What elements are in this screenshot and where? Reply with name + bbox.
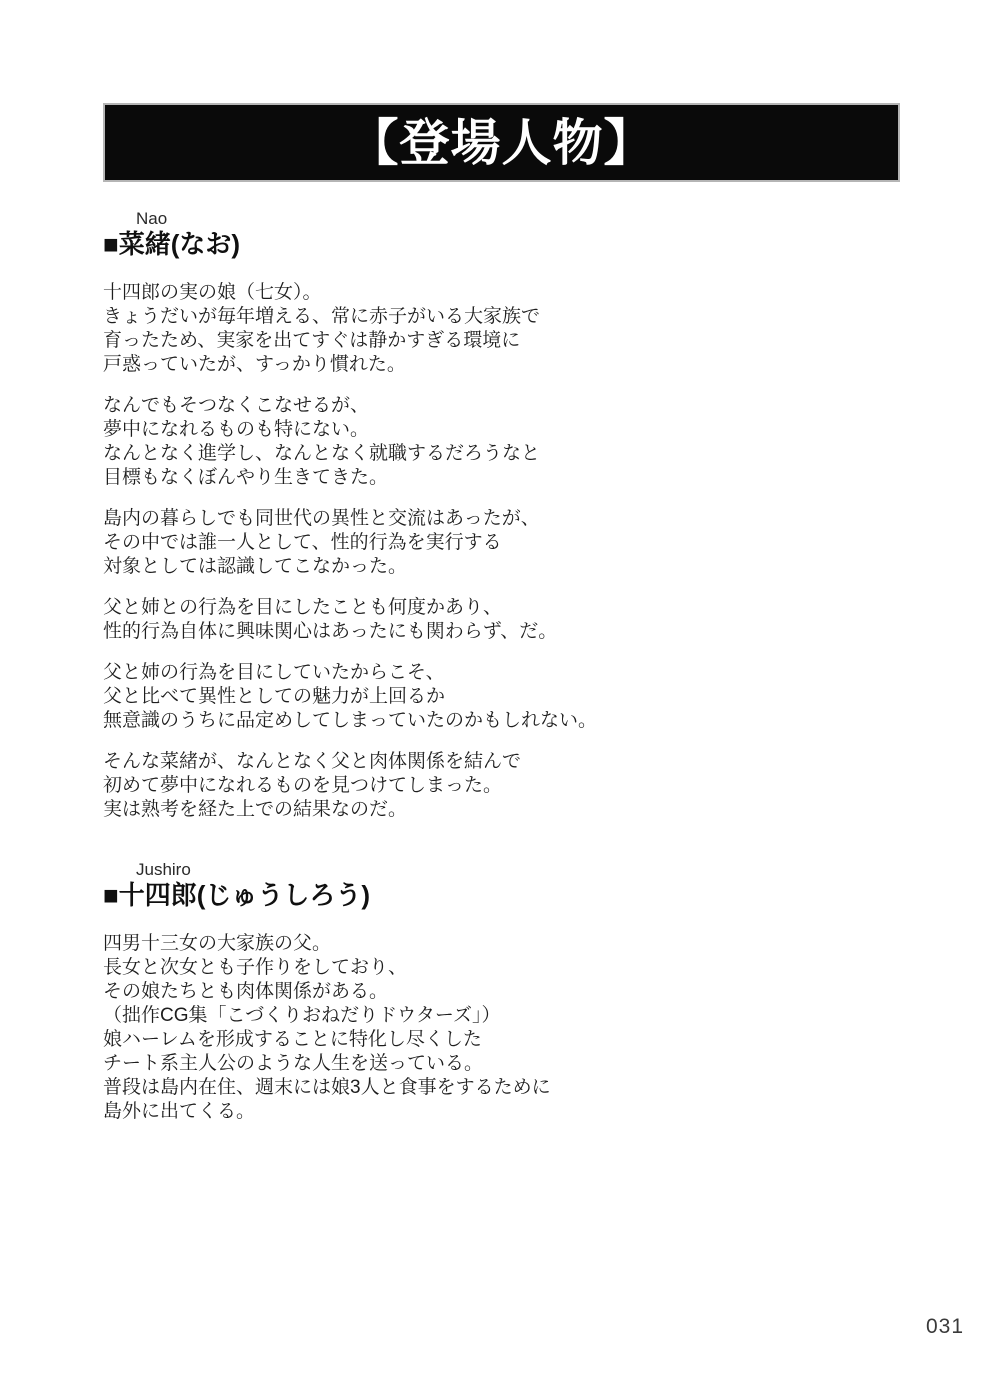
character-name-nao: ■菜緒(なお) [103,228,803,260]
nao-description-paragraph-6: そんな菜緒が、なんとなく父と肉体関係を結んで 初めて夢中になれるものを見つけてし… [103,750,803,822]
characters-banner: 【登場人物】 [103,103,900,182]
character-romaji-nao: Nao [136,210,803,228]
banner-title: 【登場人物】 [349,118,655,168]
nao-description-paragraph-3: 島内の暮らしでも同世代の異性と交流はあったが、 その中では誰一人として、性的行為… [103,507,803,579]
nao-description-paragraph-4: 父と姉との行為を目にしたことも何度かあり、 性的行為自体に興味関心はあったにも関… [103,596,803,644]
jushiro-description-paragraph-1: 四男十三女の大家族の父。 長女と次女とも子作りをしており、 その娘たちとも肉体関… [103,932,803,1124]
character-name-jushiro: ■十四郎(じゅうしろう) [103,879,803,911]
character-section-nao: Nao ■菜緒(なお) 十四郎の実の娘（七女）。 きょうだいが毎年増える、常に赤… [103,210,803,822]
nao-description-paragraph-2: なんでもそつなくこなせるが、 夢中になれるものも特にない。 なんとなく進学し、な… [103,394,803,490]
character-section-jushiro: Jushiro ■十四郎(じゅうしろう) 四男十三女の大家族の父。 長女と次女と… [103,861,803,1124]
nao-description-paragraph-5: 父と姉の行為を目にしていたからこそ、 父と比べて異性としての魅力が上回るか 無意… [103,661,803,733]
page-number: 031 [926,1315,964,1339]
character-romaji-jushiro: Jushiro [136,861,803,879]
document-page: 【登場人物】 Nao ■菜緒(なお) 十四郎の実の娘（七女）。 きょうだいが毎年… [0,0,1000,1399]
nao-description-paragraph-1: 十四郎の実の娘（七女）。 きょうだいが毎年増える、常に赤子がいる大家族で 育った… [103,281,803,377]
